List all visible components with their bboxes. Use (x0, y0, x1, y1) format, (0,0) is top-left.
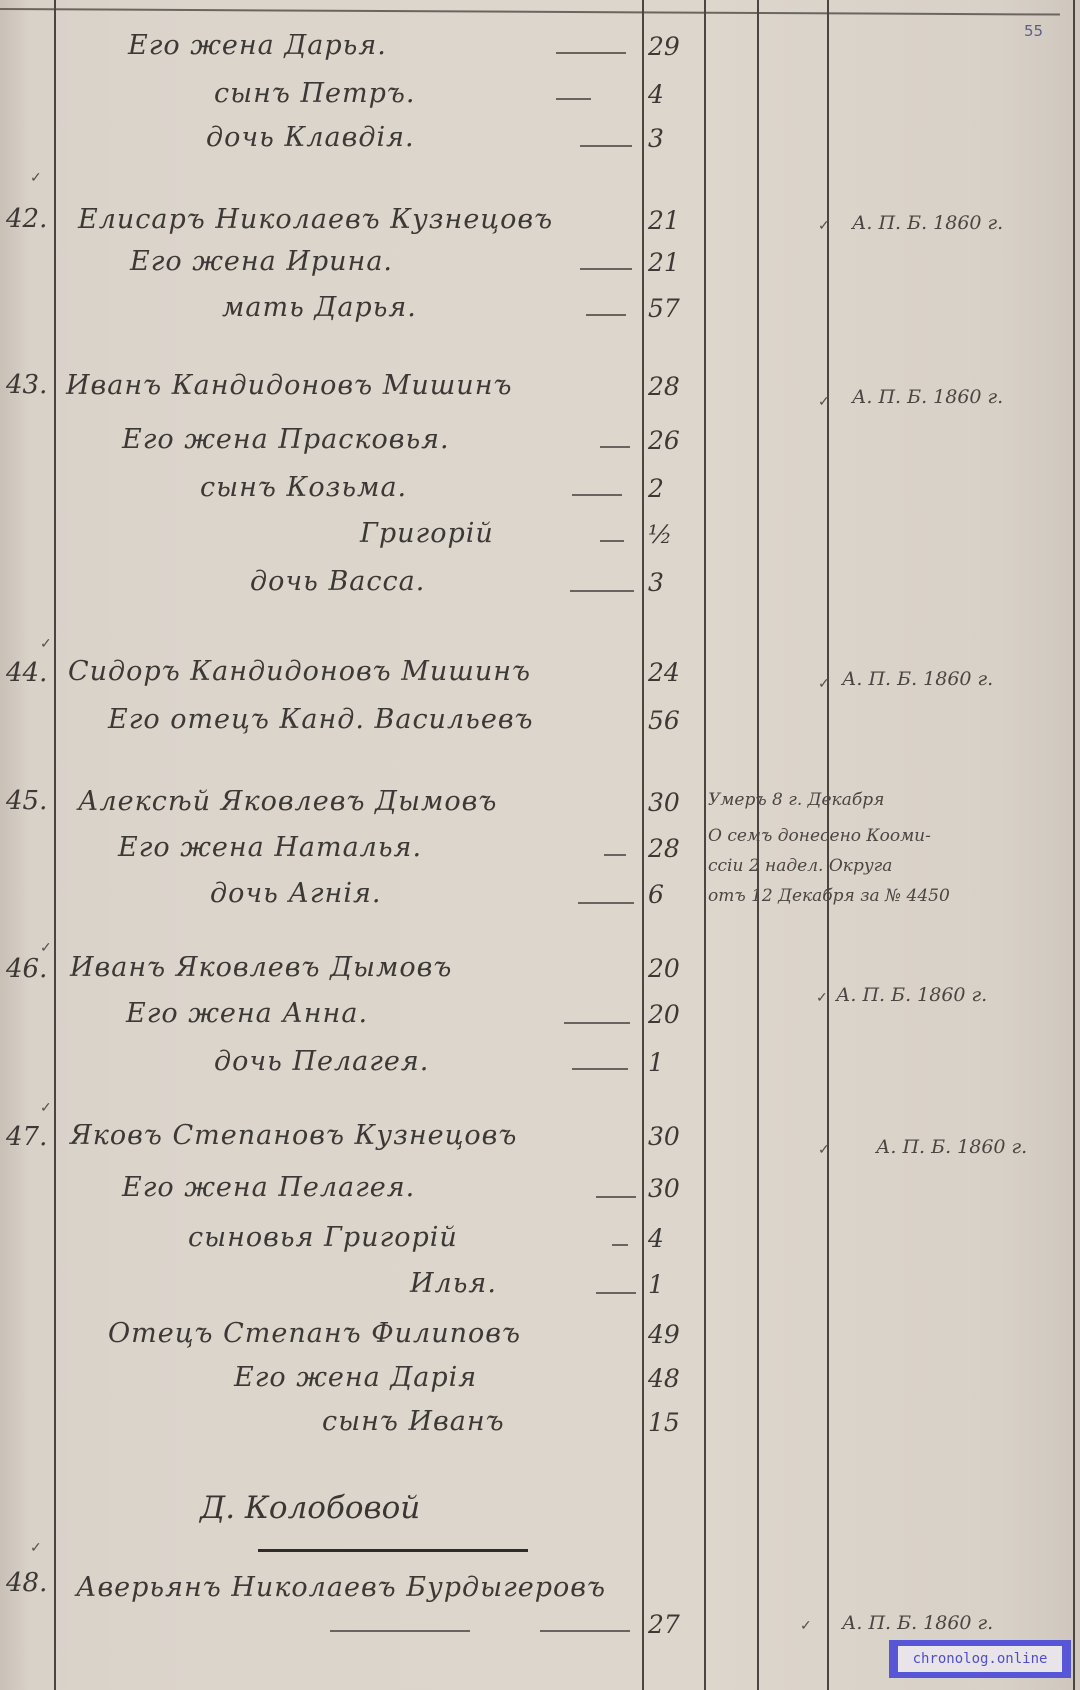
column-rule-number (54, 0, 56, 1690)
age-value: 21 (648, 206, 680, 235)
dash (612, 1244, 628, 1246)
entry-line: Его жена Ирина. (130, 246, 393, 277)
entry-line: Алексѣй Яковлевъ Дымовъ (78, 786, 497, 817)
entry-line: сынъ Петръ. (214, 78, 415, 109)
age-value: 24 (648, 658, 680, 687)
age-value: 1 (648, 1270, 664, 1299)
dash (604, 854, 626, 856)
entry-line: Его жена Анна. (126, 998, 368, 1029)
entry-line: Его жена Дарья. (128, 30, 387, 61)
entry-number: 44. (6, 658, 47, 688)
entry-line: Его отецъ Канд. Васильевъ (108, 704, 534, 735)
age-value: 28 (648, 372, 680, 401)
death-remark-line: отъ 12 Декабря за № 4450 (708, 886, 950, 906)
age-value: 27 (648, 1610, 680, 1639)
dash (330, 1630, 470, 1632)
dash (572, 1068, 628, 1070)
age-value: 4 (648, 1224, 664, 1253)
age-value: 57 (648, 294, 680, 323)
dash (556, 98, 591, 100)
death-remark-line: Умеръ 8 г. Декабря (708, 790, 884, 810)
watermark-badge: chronolog.online (889, 1640, 1071, 1678)
registry-note: А. П. Б. 1860 г. (836, 984, 987, 1006)
entry-number: 45. (6, 786, 47, 816)
entry-line: сыновья Григорій (188, 1222, 458, 1253)
registry-note: А. П. Б. 1860 г. (842, 1612, 993, 1634)
age-value: ½ (648, 520, 672, 549)
check-mark-icon: ✓ (818, 676, 830, 692)
entry-number: 42. (6, 204, 47, 234)
entry-line: Яковъ Степановъ Кузнецовъ (70, 1120, 517, 1151)
entry-line: дочь Пелагея. (214, 1046, 429, 1077)
entry-line: Его жена Наталья. (118, 832, 422, 863)
check-mark-icon: ✓ (818, 218, 830, 234)
dash (556, 52, 626, 54)
age-value: 4 (648, 80, 664, 109)
age-value: 30 (648, 788, 680, 817)
registry-note: А. П. Б. 1860 г. (852, 386, 1003, 408)
age-value: 28 (648, 834, 680, 863)
age-value: 21 (648, 248, 680, 277)
entry-number: 48. (6, 1568, 47, 1598)
column-rule-name (642, 0, 644, 1690)
entry-line: Аверьянъ Николаевъ Бурдыгеровъ (76, 1566, 636, 1610)
dash (580, 268, 632, 270)
column-rule-right (1073, 0, 1075, 1690)
entry-number: 43. (6, 370, 47, 400)
age-value: 3 (648, 568, 664, 597)
age-value: 30 (648, 1122, 680, 1151)
entry-line: дочь Агнія. (210, 878, 381, 909)
age-value: 20 (648, 1000, 680, 1029)
entry-line: Сидоръ Кандидоновъ Мишинъ (68, 656, 531, 687)
dash (540, 1630, 630, 1632)
age-value: 2 (648, 474, 664, 503)
entry-line: Иванъ Кандидоновъ Мишинъ (66, 370, 512, 401)
registry-note: А. П. Б. 1860 г. (852, 212, 1003, 234)
dash (580, 145, 632, 147)
dash (570, 590, 634, 592)
age-value: 48 (648, 1364, 680, 1393)
dash (564, 1022, 630, 1024)
column-rule-age (704, 0, 706, 1690)
entry-line: Отецъ Степанъ Филиповъ (108, 1318, 521, 1349)
registry-note: А. П. Б. 1860 г. (876, 1136, 1027, 1158)
entry-line: Его жена Пелагея. (122, 1172, 415, 1203)
check-mark-icon: ✓ (816, 990, 828, 1006)
dash (600, 540, 624, 542)
entry-line: Его жена Дарія (234, 1362, 477, 1393)
check-mark-icon: ✓ (30, 170, 42, 186)
dash (586, 314, 626, 316)
entry-number: 47. (6, 1122, 47, 1152)
ledger-page: 55 Его жена Дарья. 29 сынъ Петръ. 4 дочь… (0, 0, 1080, 1690)
entry-number: 46. (6, 954, 47, 984)
age-value: 1 (648, 1048, 664, 1077)
age-value: 26 (648, 426, 680, 455)
watermark-text: chronolog.online (898, 1646, 1062, 1672)
dash (596, 1292, 636, 1294)
age-value: 30 (648, 1174, 680, 1203)
entry-line: Григорій (360, 518, 494, 549)
age-value: 3 (648, 124, 664, 153)
dash (572, 494, 622, 496)
dash (578, 902, 634, 904)
registry-note: А. П. Б. 1860 г. (842, 668, 993, 690)
entry-line: сынъ Козьма. (200, 472, 407, 503)
check-mark-icon: ✓ (818, 394, 830, 410)
check-mark-icon: ✓ (800, 1618, 812, 1634)
section-heading: Д. Колобовой (200, 1490, 420, 1526)
age-value: 29 (648, 32, 680, 61)
age-value: 15 (648, 1408, 680, 1437)
entry-line: мать Дарья. (222, 292, 417, 323)
death-remark-line: О семъ донесено Кооми- (708, 826, 931, 846)
age-value: 49 (648, 1320, 680, 1349)
entry-line: Иванъ Яковлевъ Дымовъ (70, 952, 452, 983)
entry-line: Его жена Прасковья. (122, 424, 450, 455)
age-value: 6 (648, 880, 664, 909)
death-remark-line: ссіи 2 надел. Округа (708, 856, 892, 876)
check-mark-icon: ✓ (818, 1142, 830, 1158)
age-value: 56 (648, 706, 680, 735)
entry-line: Илья. (410, 1268, 497, 1299)
entry-line: дочь Васса. (250, 566, 425, 597)
top-rule (0, 8, 1060, 16)
check-mark-icon: ✓ (40, 636, 52, 652)
dash (600, 446, 630, 448)
entry-line: дочь Клавдія. (206, 122, 415, 153)
entry-line: Елисаръ Николаевъ Кузнецовъ (78, 204, 553, 235)
check-mark-icon: ✓ (40, 1100, 52, 1116)
page-number: 55 (1024, 22, 1043, 40)
check-mark-icon: ✓ (30, 1540, 42, 1556)
heading-underline (258, 1549, 528, 1552)
dash (596, 1196, 636, 1198)
age-value: 20 (648, 954, 680, 983)
entry-line: сынъ Иванъ (322, 1406, 505, 1437)
